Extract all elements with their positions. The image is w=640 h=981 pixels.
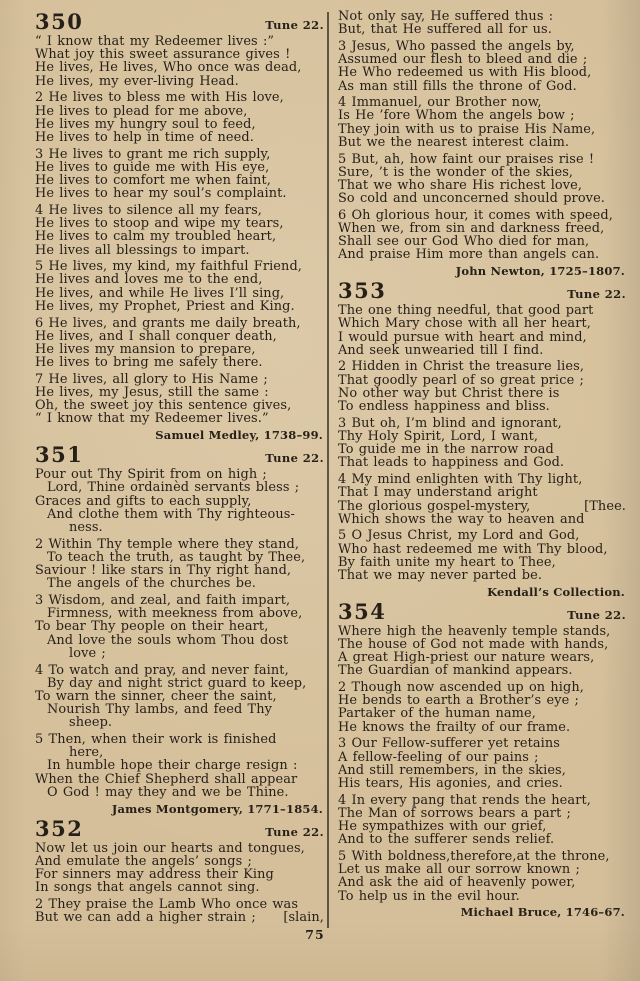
verse-line: And praise Him more than angels can. bbox=[338, 248, 626, 261]
verse-line: That goodly pearl of so great price ; bbox=[338, 374, 626, 387]
hymn-number: 354 bbox=[338, 602, 386, 621]
verse-line-text: But we can add a higher strain ; bbox=[35, 911, 256, 924]
verse-line: To endless happiness and bliss. bbox=[338, 400, 626, 413]
hymn-number: 351 bbox=[35, 445, 83, 464]
stanza: 6 He lives, and grants me daily breath,H… bbox=[35, 317, 324, 370]
verse-line: He lives, He lives, Who once was dead, bbox=[35, 61, 324, 74]
attribution: Michael Bruce, 1746–67. bbox=[338, 906, 625, 919]
left-column: 350Tune 22.“ I know that my Redeemer liv… bbox=[35, 10, 324, 928]
verse-line: The glorious gospel-mystery,[Thee. bbox=[338, 500, 626, 513]
hymn-header: 351Tune 22. bbox=[35, 445, 324, 465]
verse-line: 3 He lives to grant me rich supply, bbox=[35, 148, 324, 161]
verse-line: The angels of the churches be. bbox=[35, 577, 324, 590]
verse-line: 2 He lives to bless me with His love, bbox=[35, 91, 324, 104]
verse-line-text: The glorious gospel-mystery, bbox=[338, 500, 530, 513]
verse-line: He Who redeemed us with His blood, bbox=[338, 66, 626, 79]
verse-line: ness. bbox=[35, 521, 324, 534]
carried-word: [Thee. bbox=[584, 500, 626, 513]
hymn-header: 353Tune 22. bbox=[338, 281, 626, 301]
verse-line: In humble hope their charge resign : bbox=[35, 759, 324, 772]
verse-line: By day and night strict guard to keep, bbox=[35, 677, 324, 690]
verse-line: Is He ’fore Whom the angels bow ; bbox=[338, 109, 626, 122]
stanza: 3 Wisdom, and zeal, and faith impart,Fir… bbox=[35, 594, 324, 660]
stanza: 5 Then, when their work is finishedhere,… bbox=[35, 733, 324, 799]
tune-label: Tune 22. bbox=[567, 287, 626, 301]
verse-line: And emulate the angels’ songs ; bbox=[35, 855, 324, 868]
stanza: 6 Oh glorious hour, it comes with speed,… bbox=[338, 209, 626, 262]
stanza: 5 With boldness,therefore,at the throne,… bbox=[338, 850, 626, 903]
stanza: 4 To watch and pray, and never faint,By … bbox=[35, 664, 324, 730]
stanza: 4 In every pang that rends the heart,The… bbox=[338, 794, 626, 847]
verse-line: He lives, and I shall conquer death, bbox=[35, 330, 324, 343]
hymn-number: 353 bbox=[338, 281, 386, 300]
verse-line: 2 Within Thy temple where they stand, bbox=[35, 538, 324, 551]
verse-line: 3 Our Fellow-sufferer yet retains bbox=[338, 737, 626, 750]
carried-word: [slain, bbox=[283, 911, 324, 924]
verse-line: Where high the heavenly temple stands, bbox=[338, 625, 626, 638]
verse-line: 5 O Jesus Christ, my Lord and God, bbox=[338, 529, 626, 542]
verse-line: But we can add a higher strain ;[slain, bbox=[35, 911, 324, 924]
tune-label: Tune 22. bbox=[265, 18, 324, 32]
verse-line: sheep. bbox=[35, 716, 324, 729]
verse-line: “ I know that my Redeemer lives.” bbox=[35, 412, 324, 425]
stanza: 4 Immanuel, our Brother now,Is He ’fore … bbox=[338, 96, 626, 149]
verse-line: A fellow-feeling of our pains ; bbox=[338, 751, 626, 764]
stanza: 4 He lives to silence all my fears,He li… bbox=[35, 204, 324, 257]
column-divider bbox=[327, 12, 329, 928]
verse-line: He lives, my ever-living Head. bbox=[35, 75, 324, 88]
verse-line: And love the souls whom Thou dost bbox=[35, 634, 324, 647]
verse-line: And seek unwearied till I find. bbox=[338, 344, 626, 357]
verse-line: 4 In every pang that rends the heart, bbox=[338, 794, 626, 807]
stanza: 2 Hidden in Christ the treasure lies,Tha… bbox=[338, 360, 626, 413]
stanza: 2 He lives to bless me with His love,He … bbox=[35, 91, 324, 144]
verse-line: As man still fills the throne of God. bbox=[338, 80, 626, 93]
verse-line: The Guardian of mankind appears. bbox=[338, 664, 626, 677]
verse-line: He lives my hungry soul to feed, bbox=[35, 118, 324, 131]
verse-line: 6 He lives, and grants me daily breath, bbox=[35, 317, 324, 330]
attribution: John Newton, 1725–1807. bbox=[338, 265, 625, 278]
verse-line: But, that He suffered all for us. bbox=[338, 23, 626, 36]
verse-line: 3 But oh, I’m blind and ignorant, bbox=[338, 417, 626, 430]
verse-line: He lives to hear my soul’s complaint. bbox=[35, 187, 324, 200]
stanza: 5 He lives, my kind, my faithful Friend,… bbox=[35, 260, 324, 313]
verse-line: I would pursue with heart and mind, bbox=[338, 331, 626, 344]
stanza: 2 They praise the Lamb Who once wasBut w… bbox=[35, 898, 324, 924]
verse-line: He knows the frailty of our frame. bbox=[338, 721, 626, 734]
verse-line: That we may never parted be. bbox=[338, 569, 626, 582]
verse-line: That leads to happiness and God. bbox=[338, 456, 626, 469]
verse-line: When the Chief Shepherd shall appear bbox=[35, 773, 324, 786]
stanza: Where high the heavenly temple stands,Th… bbox=[338, 625, 626, 678]
verse-line: To help us in the evil hour. bbox=[338, 890, 626, 903]
attribution: James Montgomery, 1771–1854. bbox=[35, 803, 323, 816]
tune-label: Tune 22. bbox=[265, 825, 324, 839]
verse-line: But we the nearest interest claim. bbox=[338, 136, 626, 149]
verse-line: Which shows the way to heaven and bbox=[338, 513, 626, 526]
verse-line: Which Mary chose with all her heart, bbox=[338, 317, 626, 330]
hymn-header: 350Tune 22. bbox=[35, 12, 324, 32]
stanza: 3 He lives to grant me rich supply,He li… bbox=[35, 148, 324, 201]
stanza: “ I know that my Redeemer lives :”What j… bbox=[35, 35, 324, 88]
attribution: Kendall’s Collection. bbox=[338, 586, 625, 599]
verse-line: He lives to plead for me above, bbox=[35, 105, 324, 118]
verse-line: 5 But, ah, how faint our praises rise ! bbox=[338, 153, 626, 166]
verse-line: And to the sufferer sends relief. bbox=[338, 833, 626, 846]
verse-line: They join with us to praise His Name, bbox=[338, 123, 626, 136]
verse-line: Lord, Thine ordainèd servants bless ; bbox=[35, 481, 324, 494]
verse-line: Partaker of the human name, bbox=[338, 707, 626, 720]
verse-line: And ask the aid of heavenly power, bbox=[338, 876, 626, 889]
stanza: 3 But oh, I’m blind and ignorant,Thy Hol… bbox=[338, 417, 626, 470]
stanza: 3 Our Fellow-sufferer yet retainsA fello… bbox=[338, 737, 626, 790]
verse-line: He lives all blessings to impart. bbox=[35, 244, 324, 257]
verse-line: His tears, His agonies, and cries. bbox=[338, 777, 626, 790]
stanza: 4 My mind enlighten with Thy light,That … bbox=[338, 473, 626, 526]
verse-line: In songs that angels cannot sing. bbox=[35, 881, 324, 894]
verse-line: And still remembers, in the skies, bbox=[338, 764, 626, 777]
hymn-header: 352Tune 22. bbox=[35, 819, 324, 839]
stanza: Now let us join our hearts and tongues,A… bbox=[35, 842, 324, 895]
verse-line: He lives to help in time of need. bbox=[35, 131, 324, 144]
hymn-number: 350 bbox=[35, 12, 83, 31]
tune-label: Tune 22. bbox=[265, 451, 324, 465]
verse-line: That I may understand aright bbox=[338, 486, 626, 499]
stanza: 2 Within Thy temple where they stand,To … bbox=[35, 538, 324, 591]
hymn-header: 354Tune 22. bbox=[338, 602, 626, 622]
verse-line: 2 Hidden in Christ the treasure lies, bbox=[338, 360, 626, 373]
tune-label: Tune 22. bbox=[567, 608, 626, 622]
verse-line: So cold and unconcerned should prove. bbox=[338, 192, 626, 205]
verse-line: Who hast redeemed me with Thy blood, bbox=[338, 543, 626, 556]
verse-line: He lives, and while He lives I’ll sing, bbox=[35, 287, 324, 300]
verse-line: Sure, ’t is the wonder of the skies, bbox=[338, 166, 626, 179]
attribution: Samuel Medley, 1738–99. bbox=[35, 429, 323, 442]
stanza: 5 O Jesus Christ, my Lord and God,Who ha… bbox=[338, 529, 626, 582]
verse-line: love ; bbox=[35, 647, 324, 660]
verse-line: He lives to bring me safely there. bbox=[35, 356, 324, 369]
stanza: 7 He lives, all glory to His Name ;He li… bbox=[35, 373, 324, 426]
hymn-number: 352 bbox=[35, 819, 83, 838]
stanza: 5 But, ah, how faint our praises rise !S… bbox=[338, 153, 626, 206]
verse-line: To bear Thy people on their heart, bbox=[35, 620, 324, 633]
verse-line: He lives, my Prophet, Priest and King. bbox=[35, 300, 324, 313]
verse-line: 4 To watch and pray, and never faint, bbox=[35, 664, 324, 677]
stanza: 2 Though now ascended up on high,He bend… bbox=[338, 681, 626, 734]
verse-line: He lives and loves me to the end, bbox=[35, 273, 324, 286]
verse-line: Graces and gifts to each supply, bbox=[35, 495, 324, 508]
page-number: 75 bbox=[35, 927, 595, 942]
stanza: 3 Jesus, Who passed the angels by,Assume… bbox=[338, 40, 626, 93]
verse-line: O God ! may they and we be Thine. bbox=[35, 786, 324, 799]
stanza: The one thing needful, that good partWhi… bbox=[338, 304, 626, 357]
stanza: Pour out Thy Spirit from on high ;Lord, … bbox=[35, 468, 324, 534]
verse-line: He lives to calm my troubled heart, bbox=[35, 230, 324, 243]
stanza: Not only say, He suffered thus :But, tha… bbox=[338, 10, 626, 36]
verse-line: Now let us join our hearts and tongues, bbox=[35, 842, 324, 855]
right-column: Not only say, He suffered thus :But, tha… bbox=[338, 10, 626, 922]
